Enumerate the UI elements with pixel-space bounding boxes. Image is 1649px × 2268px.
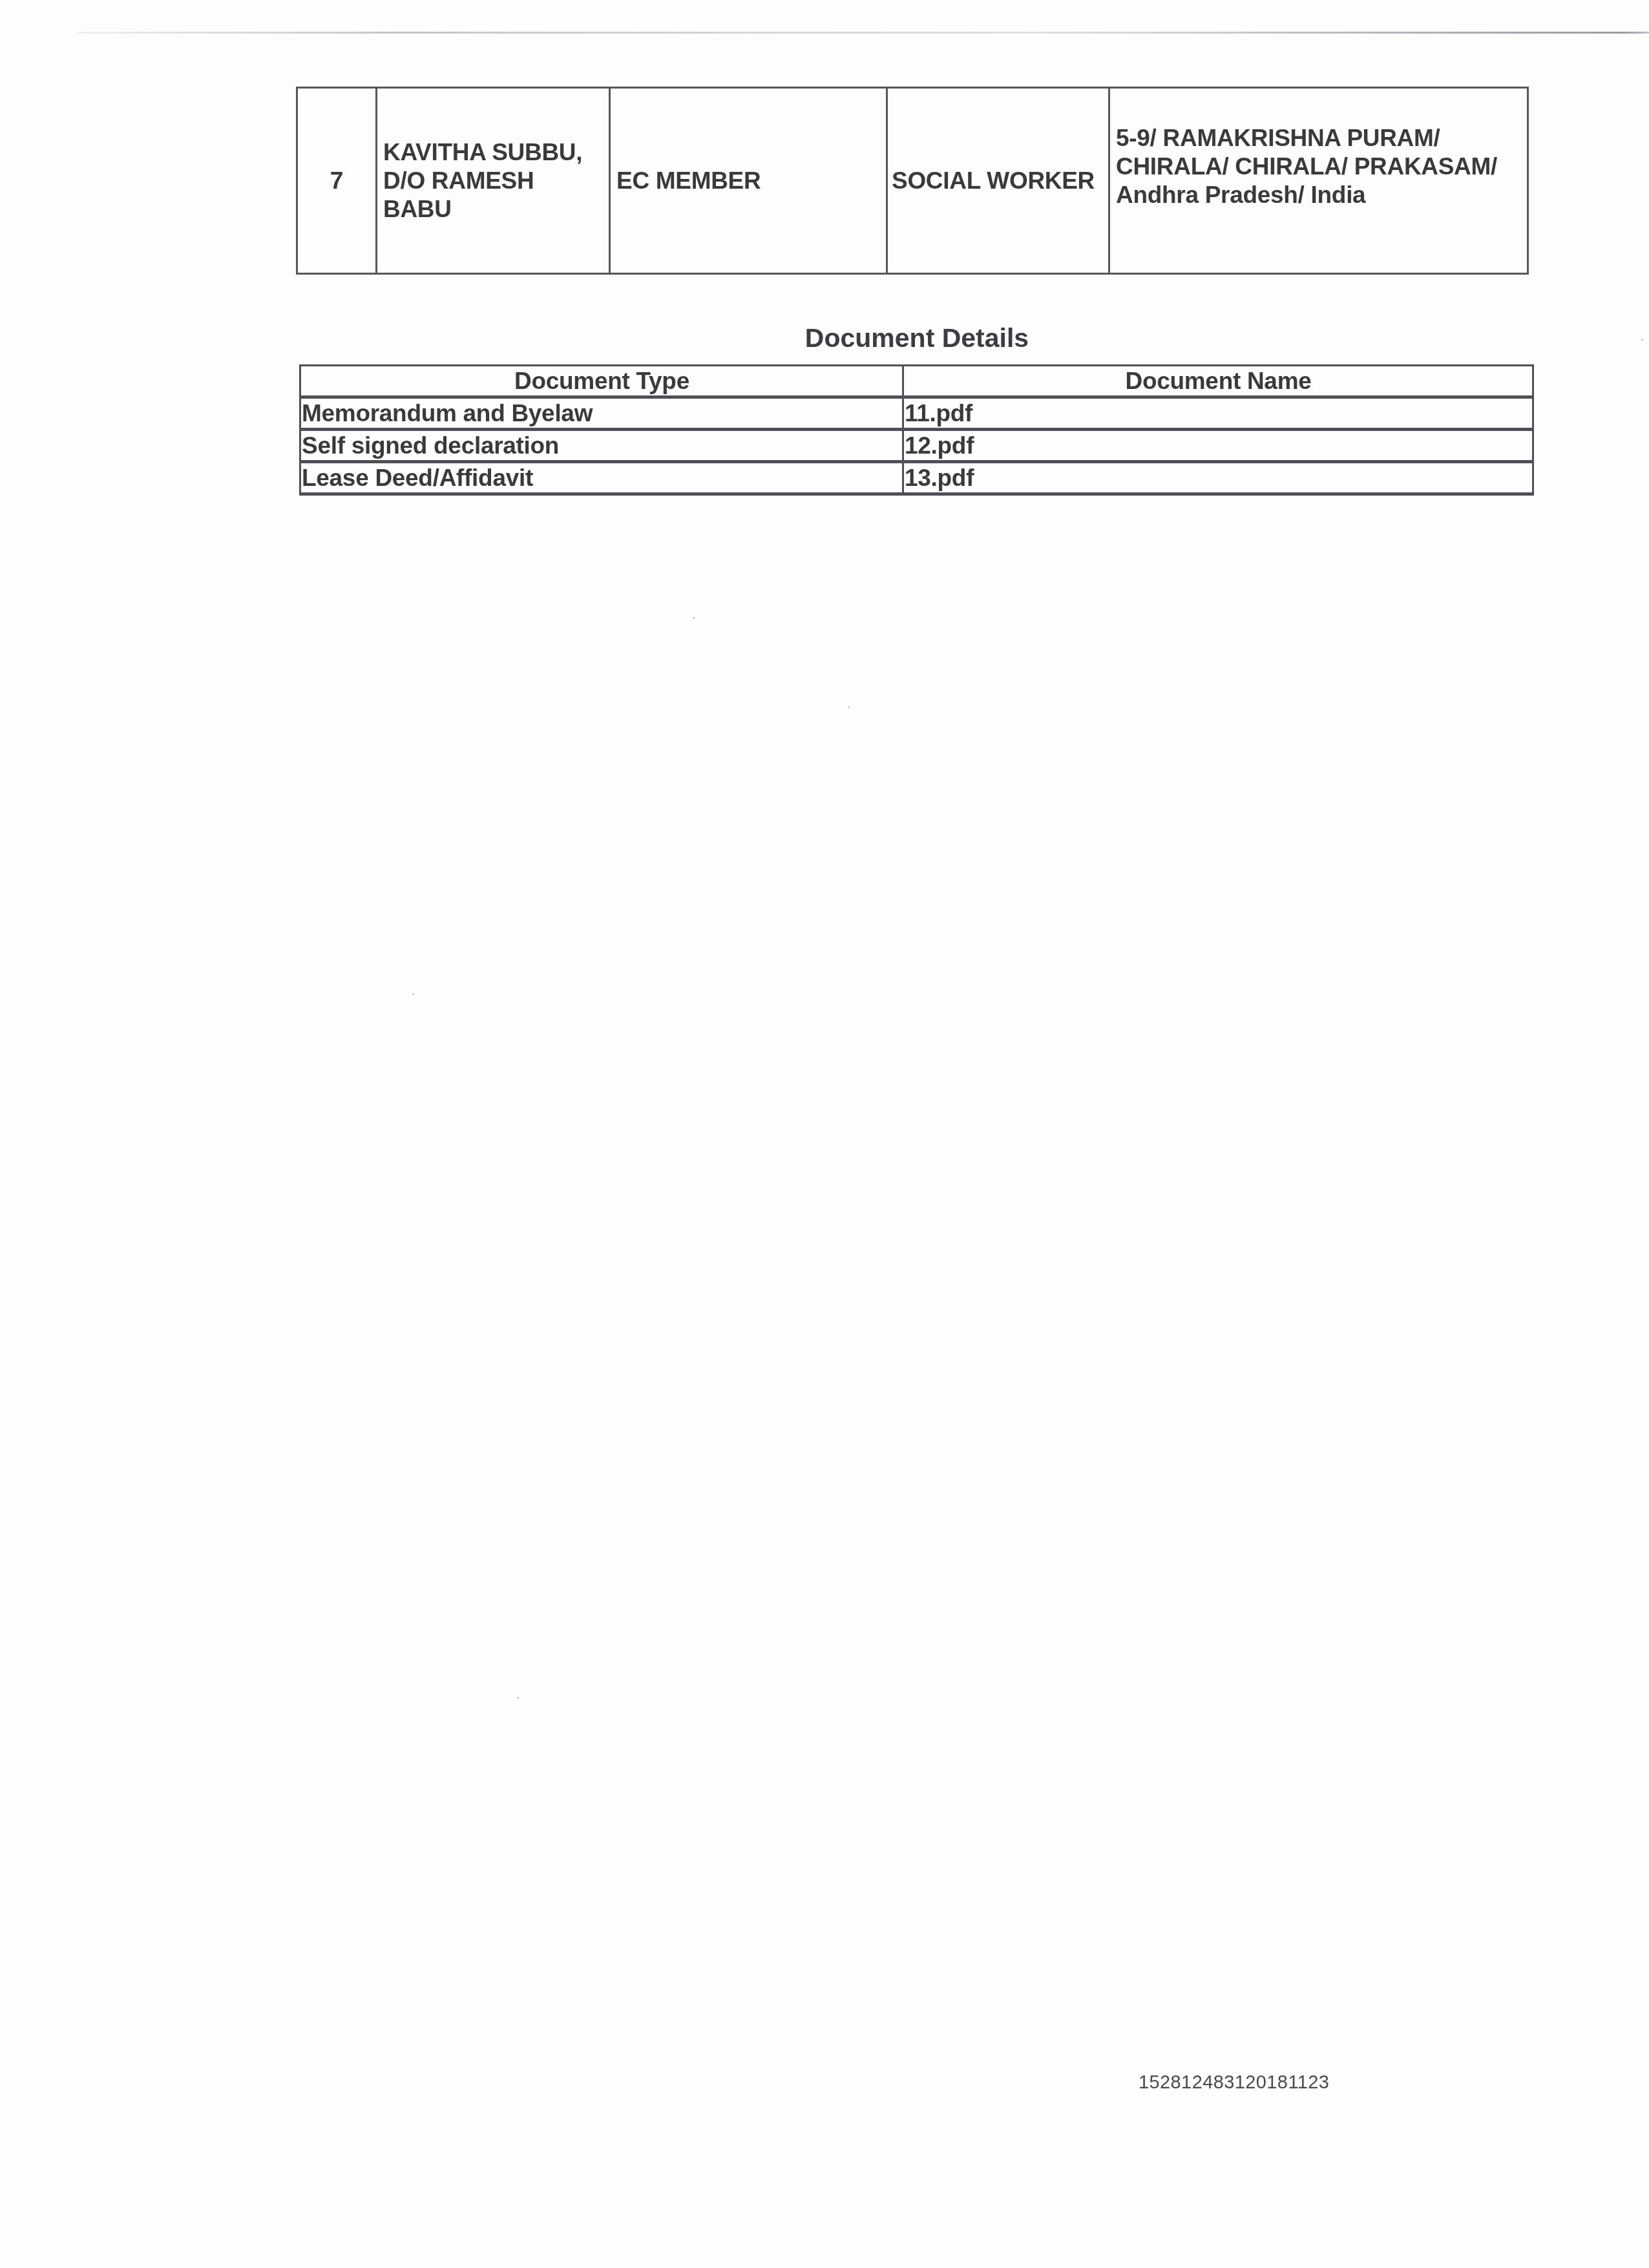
members-table: 7 KAVITHA SUBBU, D/O RAMESH BABU EC MEMB… <box>296 87 1529 275</box>
scan-speck <box>517 1697 519 1699</box>
document-type-cell: Memorandum and Byelaw <box>300 397 903 430</box>
address-line: Andhra Pradesh/ India <box>1116 181 1521 209</box>
member-name-line: BABU <box>383 195 603 224</box>
document-name-cell: 11.pdf <box>903 397 1533 430</box>
designation-cell: EC MEMBER <box>610 88 887 274</box>
document-name-cell: 13.pdf <box>903 462 1533 494</box>
table-row: Lease Deed/Affidavit 13.pdf <box>300 462 1533 494</box>
member-name-line: KAVITHA SUBBU, <box>383 138 603 167</box>
table-row: Self signed declaration 12.pdf <box>300 430 1533 462</box>
document-type-cell: Lease Deed/Affidavit <box>300 462 903 494</box>
member-name-line: D/O RAMESH <box>383 167 603 195</box>
document-type-header: Document Type <box>300 366 903 397</box>
scan-artifact-line <box>78 32 1649 34</box>
scan-speck <box>848 706 850 708</box>
document-name-cell: 12.pdf <box>903 430 1533 462</box>
address-line: CHIRALA/ CHIRALA/ PRAKASAM/ <box>1116 152 1521 181</box>
scan-speck <box>693 617 695 619</box>
table-row: 7 KAVITHA SUBBU, D/O RAMESH BABU EC MEMB… <box>297 88 1528 274</box>
address-cell: 5-9/ RAMAKRISHNA PURAM/ CHIRALA/ CHIRALA… <box>1109 88 1528 274</box>
document-details-title: Document Details <box>0 323 1649 353</box>
serial-number-cell: 7 <box>297 88 377 274</box>
document-name-header: Document Name <box>903 366 1533 397</box>
table-row: Memorandum and Byelaw 11.pdf <box>300 397 1533 430</box>
scan-speck <box>412 993 414 995</box>
member-name-cell: KAVITHA SUBBU, D/O RAMESH BABU <box>377 88 610 274</box>
reference-number: 152812483120181123 <box>1139 2072 1329 2094</box>
document-details-table: Document Type Document Name Memorandum a… <box>299 364 1534 496</box>
address-line: 5-9/ RAMAKRISHNA PURAM/ <box>1116 124 1521 152</box>
table-header-row: Document Type Document Name <box>300 366 1533 397</box>
document-type-cell: Self signed declaration <box>300 430 903 462</box>
occupation-cell: SOCIAL WORKER <box>887 88 1109 274</box>
